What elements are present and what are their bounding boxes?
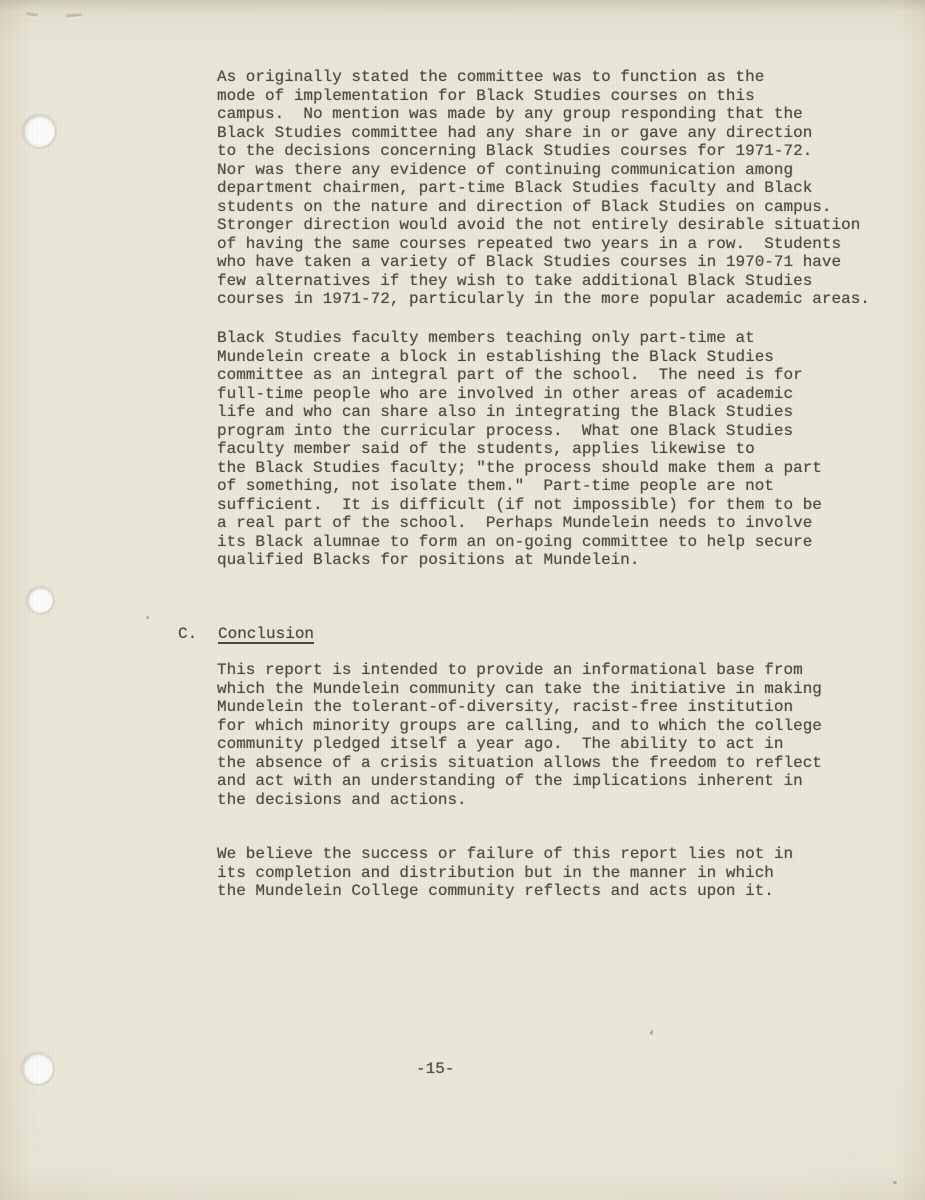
text-line: the absence of a crisis situation allows… (217, 754, 907, 773)
section-title: Conclusion (218, 625, 314, 644)
paragraph-4: We believe the success or failure of thi… (217, 845, 907, 901)
text-line: the decisions and actions. (217, 791, 907, 810)
section-heading-conclusion: C. Conclusion (0, 625, 925, 645)
text-line: who have taken a variety of Black Studie… (217, 253, 907, 272)
typed-text-layer: As originally stated the committee was t… (0, 0, 925, 1200)
text-line: few alternatives if they wish to take ad… (217, 272, 907, 291)
text-line: Mundelein the tolerant-of-diversity, rac… (217, 698, 907, 717)
section-letter: C. (178, 625, 197, 644)
text-line: sufficient. It is difficult (if not impo… (217, 496, 907, 515)
paragraph-1: As originally stated the committee was t… (217, 68, 907, 309)
text-line: a real part of the school. Perhaps Munde… (217, 514, 907, 533)
text-line: department chairmen, part-time Black Stu… (217, 179, 907, 198)
text-line: Black Studies faculty members teaching o… (217, 329, 907, 348)
text-line: to the decisions concerning Black Studie… (217, 142, 907, 161)
paragraph-2: Black Studies faculty members teaching o… (217, 329, 907, 570)
text-line: committee as an integral part of the sch… (217, 366, 907, 385)
text-line: and act with an understanding of the imp… (217, 772, 907, 791)
paragraph-3: This report is intended to provide an in… (217, 661, 907, 809)
text-line: which the Mundelein community can take t… (217, 680, 907, 699)
text-line: of having the same courses repeated two … (217, 235, 907, 254)
text-line: of something, not isolate them." Part-ti… (217, 477, 907, 496)
text-line: We believe the success or failure of thi… (217, 845, 907, 864)
text-line: faculty member said of the students, app… (217, 440, 907, 459)
page-number: -15- (416, 1060, 454, 1079)
text-line: full-time people who are involved in oth… (217, 385, 907, 404)
text-line: This report is intended to provide an in… (217, 661, 907, 680)
text-line: Mundelein create a block in establishing… (217, 348, 907, 367)
text-line: Nor was there any evidence of continuing… (217, 161, 907, 180)
text-line: its Black alumnae to form an on-going co… (217, 533, 907, 552)
text-line: life and who can share also in integrati… (217, 403, 907, 422)
text-line: the Mundelein College community reflects… (217, 882, 907, 901)
text-line: for which minority groups are calling, a… (217, 717, 907, 736)
scanned-document-page: As originally stated the committee was t… (0, 0, 925, 1200)
text-line: the Black Studies faculty; "the process … (217, 459, 907, 478)
text-line: students on the nature and direction of … (217, 198, 907, 217)
text-line: Black Studies committee had any share in… (217, 124, 907, 143)
text-line: As originally stated the committee was t… (217, 68, 907, 87)
text-line: program into the curricular process. Wha… (217, 422, 907, 441)
text-line: mode of implementation for Black Studies… (217, 87, 907, 106)
text-line: its completion and distribution but in t… (217, 864, 907, 883)
text-line: community pledged itself a year ago. The… (217, 735, 907, 754)
text-line: qualified Blacks for positions at Mundel… (217, 551, 907, 570)
text-line: courses in 1971-72, particularly in the … (217, 290, 907, 309)
text-line: Stronger direction would avoid the not e… (217, 216, 907, 235)
text-line: campus. No mention was made by any group… (217, 105, 907, 124)
